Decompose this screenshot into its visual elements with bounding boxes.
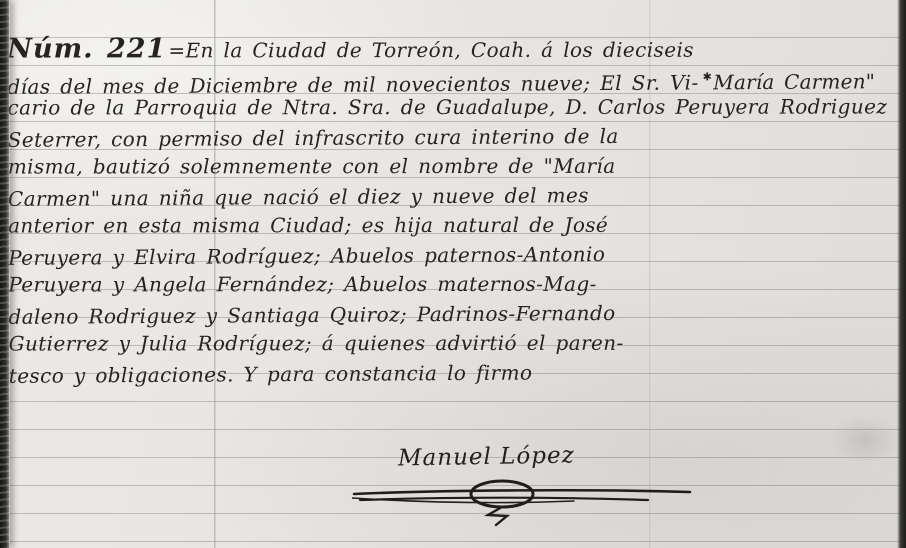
entry-line-5: misma, bautizó solemnemente con el nombr… — [8, 151, 902, 182]
priest-signature: Manuel López — [398, 442, 575, 471]
entry-line-9-text: Peruyera y Angela Fernández; Abuelos mat… — [8, 272, 597, 297]
baptism-register-page: Núm. 221=En la Ciudad de Torreón, Coah. … — [0, 0, 906, 548]
insertion-caret-mark: ✱ — [703, 70, 713, 83]
entry-line-8-text: Peruyera y Elvira Rodríguez; Abuelos pat… — [8, 242, 605, 270]
signature-rubric-flourish — [352, 477, 712, 527]
entry-line-12-text: tesco y obligaciones. Y para constancia … — [9, 360, 533, 387]
entry-line-9: Peruyera y Angela Fernández; Abuelos mat… — [8, 269, 902, 300]
entry-line-7: anterior en esta misma Ciudad; es hija n… — [8, 210, 902, 241]
right-page-edge — [897, 0, 906, 548]
entry-line-7-text: anterior en esta misma Ciudad; es hija n… — [8, 213, 608, 238]
entry-line-4: Seterrer, con permiso del infrascrito cu… — [8, 120, 902, 155]
entry-line-11: Gutierrez y Julia Rodríguez; á quienes a… — [9, 328, 903, 359]
entry-line-12: tesco y obligaciones. Y para constancia … — [9, 356, 903, 391]
entry-line-2: días del mes de Diciembre de mil novecie… — [7, 61, 901, 96]
inserted-name-annotation: María Carmen" — [713, 69, 875, 94]
entry-line-5-text: misma, bautizó solemnemente con el nombr… — [8, 154, 616, 179]
entry-line-4-text: Seterrer, con permiso del infrascrito cu… — [8, 123, 619, 151]
left-binding-edge — [0, 0, 10, 548]
entry-line-3: cario de la Parroquia de Ntra. Sra. de G… — [8, 92, 902, 123]
record-number: Núm. 221 — [7, 33, 166, 64]
entry-line-1-text: =En la Ciudad de Torreón, Coah. á los di… — [168, 38, 694, 63]
paper-smudge — [830, 415, 900, 465]
entry-line-3-text: cario de la Parroquia de Ntra. Sra. de G… — [8, 94, 888, 119]
entry-line-6: Carmen" una niña que nació el diez y nue… — [8, 179, 902, 214]
entry-line-10: daleno Rodriguez y Santiaga Quiroz; Padr… — [8, 297, 902, 332]
entry-line-1: Núm. 221=En la Ciudad de Torreón, Coah. … — [7, 33, 901, 64]
entry-line-11-text: Gutierrez y Julia Rodríguez; á quienes a… — [9, 331, 624, 356]
entry-line-6-text: Carmen" una niña que nació el diez y nue… — [8, 183, 589, 211]
entry-line-10-text: daleno Rodriguez y Santiaga Quiroz; Padr… — [8, 300, 615, 328]
entry-line-8: Peruyera y Elvira Rodríguez; Abuelos pat… — [8, 238, 902, 273]
entry-text: Núm. 221=En la Ciudad de Torreón, Coah. … — [7, 32, 903, 390]
